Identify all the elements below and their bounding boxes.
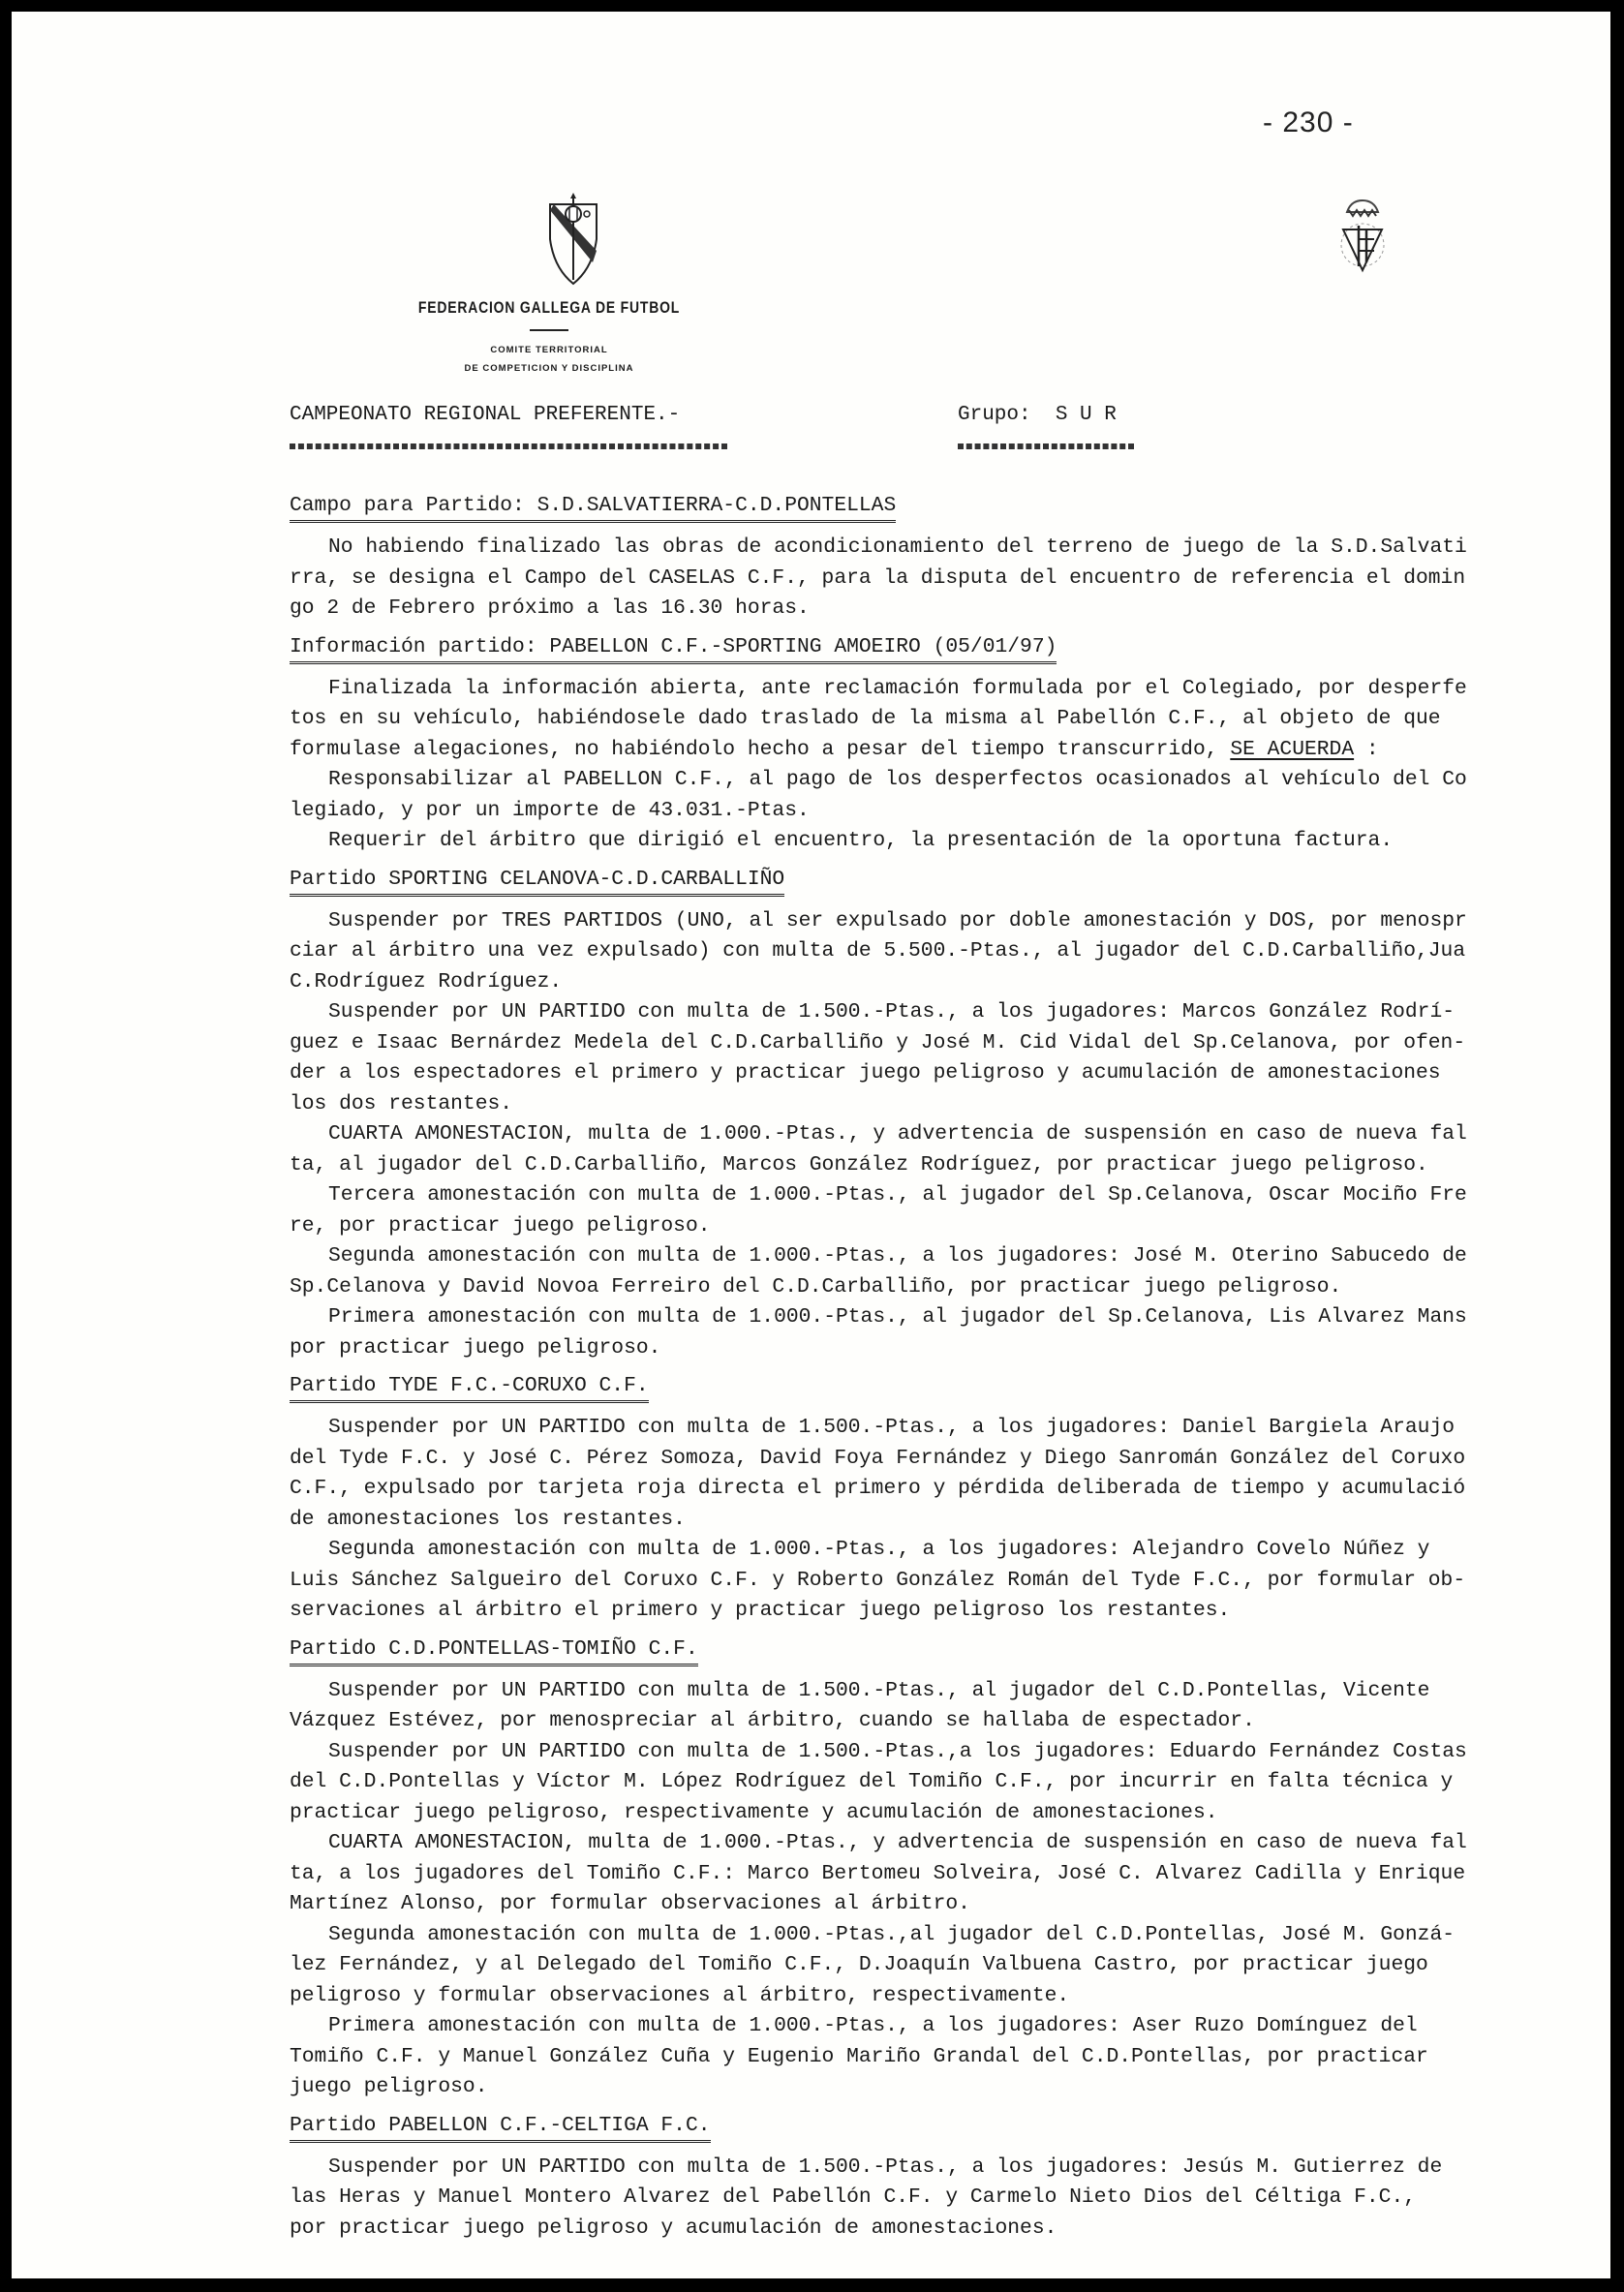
resolution-paragraph: Tercera amonestación con multa de 1.000.… (290, 1180, 1607, 1241)
text-line-content: der a los espectadores el primero y prac… (290, 1061, 1441, 1085)
group-label-text: Grupo: (958, 404, 1031, 426)
text-line-content: del Tyde F.C. y José C. Pérez Somoza, Da… (290, 1447, 1465, 1470)
text-line: Martínez Alonso, por formular observacio… (290, 1889, 1607, 1920)
section-title: Partido C.D.PONTELLAS-TOMIÑO C.F. (290, 1635, 698, 1666)
resolution-paragraph: Suspender por UN PARTIDO con multa de 1.… (290, 997, 1607, 1119)
text-line: peligroso y formular observaciones al ár… (290, 1981, 1607, 2012)
text-line: Suspender por UN PARTIDO con multa de 1.… (290, 1737, 1607, 1768)
text-line-content: las Heras y Manuel Montero Alvarez del P… (290, 2185, 1416, 2209)
resolution-paragraph: Segunda amonestación con multa de 1.000.… (290, 1535, 1607, 1627)
text-line: Suspender por UN PARTIDO con multa de 1.… (290, 997, 1607, 1028)
text-line-content: Segunda amonestación con multa de 1.000.… (328, 1923, 1455, 1946)
text-line: practicar juego peligroso, respectivamen… (290, 1798, 1607, 1829)
text-line-content: peligroso y formular observaciones al ár… (290, 1984, 1069, 2007)
resolution-paragraph: Suspender por UN PARTIDO con multa de 1.… (290, 2153, 1607, 2245)
fgf-shield-logo-icon (544, 191, 602, 288)
resolution-paragraph: Segunda amonestación con multa de 1.000.… (290, 1241, 1607, 1302)
text-line: formulase alegaciones, no habiéndolo hec… (290, 735, 1607, 766)
text-line-content: Suspender por UN PARTIDO con multa de 1.… (328, 2155, 1442, 2179)
text-line: ta, al jugador del C.D.Carballiño, Marco… (290, 1150, 1607, 1181)
text-line-content: Suspender por UN PARTIDO con multa de 1.… (328, 1000, 1455, 1024)
text-line: Responsabilizar al PABELLON C.F., al pag… (290, 765, 1607, 796)
resolution-section: Partido TYDE F.C.-CORUXO C.F.Suspender p… (290, 1363, 1607, 1627)
text-line: las Heras y Manuel Montero Alvarez del P… (290, 2183, 1607, 2214)
text-line: legiado, y por un importe de 43.031.-Pta… (290, 796, 1607, 827)
agreement-suffix: : (1354, 738, 1379, 761)
resolution-paragraph: Finalizada la información abierta, ante … (290, 674, 1607, 766)
text-line-content: practicar juego peligroso, respectivamen… (290, 1801, 1218, 1824)
text-line-content: del C.D.Pontellas y Víctor M. López Rodr… (290, 1770, 1453, 1793)
text-line-content: Suspender por UN PARTIDO con multa de 1.… (328, 1416, 1455, 1439)
text-line-content: CUARTA AMONESTACION, multa de 1.000.-Pta… (328, 1122, 1467, 1146)
resolution-paragraph: Responsabilizar al PABELLON C.F., al pag… (290, 765, 1607, 826)
resolution-paragraph: Suspender por UN PARTIDO con multa de 1.… (290, 1676, 1607, 1737)
text-line-content: Tercera amonestación con multa de 1.000.… (328, 1183, 1467, 1207)
text-line-content: Segunda amonestación con multa de 1.000.… (328, 1244, 1467, 1268)
resolution-section: Partido SPORTING CELANOVA-C.D.CARBALLIÑO… (290, 857, 1607, 1364)
text-line: go 2 de Febrero próximo a las 16.30 hora… (290, 594, 1607, 625)
text-line: Primera amonestación con multa de 1.000.… (290, 2011, 1607, 2042)
resolution-section: Partido PABELLON C.F.-CELTIGA F.C.Suspen… (290, 2103, 1607, 2245)
text-line: tos en su vehículo, habiéndosele dado tr… (290, 704, 1607, 735)
text-line: re, por practicar juego peligroso. (290, 1211, 1607, 1242)
committee-line-2: DE COMPETICION Y DISCIPLINA (389, 359, 709, 378)
page-number: - 230 - (1263, 107, 1354, 139)
text-line-content: Suspender por UN PARTIDO con multa de 1.… (328, 1679, 1429, 1702)
text-line-content: Responsabilizar al PABELLON C.F., al pag… (328, 768, 1467, 791)
text-line: Suspender por UN PARTIDO con multa de 1.… (290, 2153, 1607, 2184)
championship-double-rule (290, 443, 727, 449)
resolution-paragraph: Suspender por UN PARTIDO con multa de 1.… (290, 1413, 1607, 1535)
resolution-section: Campo para Partido: S.D.SALVATIERRA-C.D.… (290, 483, 1607, 625)
text-line: ciar al árbitro una vez expulsado) con m… (290, 936, 1607, 967)
resolutions-body: Campo para Partido: S.D.SALVATIERRA-C.D.… (290, 483, 1607, 2244)
text-line: Segunda amonestación con multa de 1.000.… (290, 1241, 1607, 1272)
text-line-content: Vázquez Estévez, por menospreciar al árb… (290, 1709, 1255, 1732)
text-line: lez Fernández, y al Delegado del Tomiño … (290, 1950, 1607, 1981)
text-line-content: go 2 de Febrero próximo a las 16.30 hora… (290, 596, 810, 620)
championship-title: CAMPEONATO REGIONAL PREFERENTE.- (290, 404, 680, 426)
text-line-content: guez e Isaac Bernárdez Medela del C.D.Ca… (290, 1031, 1465, 1054)
resolution-section: Partido C.D.PONTELLAS-TOMIÑO C.F.Suspend… (290, 1627, 1607, 2103)
text-line-content: ta, a los jugadores del Tomiño C.F.: Mar… (290, 1862, 1465, 1885)
text-line-content: Segunda amonestación con multa de 1.000.… (328, 1538, 1429, 1561)
text-line: Suspender por UN PARTIDO con multa de 1.… (290, 1413, 1607, 1444)
resolution-paragraph: Primera amonestación con multa de 1.000.… (290, 1302, 1607, 1363)
committee-line-1: COMITE TERRITORIAL (389, 341, 709, 359)
text-line: por practicar juego peligroso y acumulac… (290, 2214, 1607, 2245)
section-title: Partido TYDE F.C.-CORUXO C.F. (290, 1371, 649, 1403)
text-line: Tercera amonestación con multa de 1.000.… (290, 1180, 1607, 1211)
text-line-content: los dos restantes. (290, 1092, 512, 1115)
text-line-content: lez Fernández, y al Delegado del Tomiño … (290, 1953, 1428, 1976)
text-line: de amonestaciones los restantes. (290, 1505, 1607, 1536)
resolution-section: Información partido: PABELLON C.F.-SPORT… (290, 625, 1607, 857)
text-line: del Tyde F.C. y José C. Pérez Somoza, Da… (290, 1444, 1607, 1475)
text-line: Segunda amonestación con multa de 1.000.… (290, 1535, 1607, 1566)
resolution-paragraph: Suspender por UN PARTIDO con multa de 1.… (290, 1737, 1607, 1829)
section-title: Campo para Partido: S.D.SALVATIERRA-C.D.… (290, 491, 896, 523)
text-line: C.F., expulsado por tarjeta roja directa… (290, 1474, 1607, 1505)
group-value: S U R (1056, 404, 1117, 426)
text-line-content: Suspender por TRES PARTIDOS (UNO, al ser… (328, 909, 1467, 932)
text-line: servaciones al árbitro el primero y prac… (290, 1596, 1607, 1627)
rfef-crown-emblem-icon (1333, 191, 1392, 278)
text-line-content: legiado, y por un importe de 43.031.-Pta… (290, 799, 810, 822)
document-page: - 230 - FEDERACION GALLEGA DE FUTBOL COM… (12, 12, 1610, 2278)
resolution-paragraph: Suspender por TRES PARTIDOS (UNO, al ser… (290, 906, 1607, 998)
text-line: Suspender por TRES PARTIDOS (UNO, al ser… (290, 906, 1607, 937)
text-line-content: Requerir del árbitro que dirigió el encu… (328, 829, 1393, 852)
text-line-content: CUARTA AMONESTACION, multa de 1.000.-Pta… (328, 1831, 1467, 1854)
text-line: juego peligroso. (290, 2072, 1607, 2103)
text-line-content: Martínez Alonso, por formular observacio… (290, 1892, 970, 1915)
resolution-paragraph: Primera amonestación con multa de 1.000.… (290, 2011, 1607, 2103)
resolution-paragraph: CUARTA AMONESTACION, multa de 1.000.-Pta… (290, 1119, 1607, 1180)
text-line: los dos restantes. (290, 1089, 1607, 1120)
text-line-content: juego peligroso. (290, 2075, 487, 2098)
agreement-label: SE ACUERDA (1230, 738, 1354, 761)
resolution-paragraph: CUARTA AMONESTACION, multa de 1.000.-Pta… (290, 1828, 1607, 1920)
resolution-paragraph: Segunda amonestación con multa de 1.000.… (290, 1920, 1607, 2012)
text-line-content: C.Rodríguez Rodríguez. (290, 970, 562, 993)
text-line: CUARTA AMONESTACION, multa de 1.000.-Pta… (290, 1828, 1607, 1859)
text-line-content: Primera amonestación con multa de 1.000.… (328, 2014, 1418, 2037)
section-title: Información partido: PABELLON C.F.-SPORT… (290, 632, 1057, 664)
federation-letterhead: FEDERACION GALLEGA DE FUTBOL COMITE TERR… (389, 298, 709, 378)
text-line: Suspender por UN PARTIDO con multa de 1.… (290, 1676, 1607, 1707)
text-line-content: Suspender por UN PARTIDO con multa de 1.… (328, 1740, 1467, 1763)
text-line: Requerir del árbitro que dirigió el encu… (290, 826, 1607, 857)
text-line-content: ta, al jugador del C.D.Carballiño, Marco… (290, 1153, 1428, 1177)
text-line-content: de amonestaciones los restantes. (290, 1508, 686, 1531)
text-line: Sp.Celanova y David Novoa Ferreiro del C… (290, 1272, 1607, 1303)
text-line: del C.D.Pontellas y Víctor M. López Rodr… (290, 1767, 1607, 1798)
text-line-content: formulase alegaciones, no habiéndolo hec… (290, 738, 1218, 761)
text-line-content: C.F., expulsado por tarjeta roja directa… (290, 1477, 1465, 1500)
text-line: Segunda amonestación con multa de 1.000.… (290, 1920, 1607, 1951)
text-line-content: Sp.Celanova y David Novoa Ferreiro del C… (290, 1275, 1341, 1299)
text-line-content: Finalizada la información abierta, ante … (328, 677, 1467, 700)
federation-name: FEDERACION GALLEGA DE FUTBOL (418, 298, 681, 318)
resolution-paragraph: Requerir del árbitro que dirigió el encu… (290, 826, 1607, 857)
text-line-content: Luis Sánchez Salgueiro del Coruxo C.F. y… (290, 1569, 1465, 1592)
text-line: ta, a los jugadores del Tomiño C.F.: Mar… (290, 1859, 1607, 1890)
text-line-content: por practicar juego peligroso. (290, 1336, 660, 1360)
text-line: Tomiño C.F. y Manuel González Cuña y Eug… (290, 2042, 1607, 2073)
group-label: Grupo: S U R (958, 404, 1117, 426)
section-title: Partido PABELLON C.F.-CELTIGA F.C. (290, 2111, 711, 2143)
text-line-content: servaciones al árbitro el primero y prac… (290, 1599, 1230, 1622)
text-line: Luis Sánchez Salgueiro del Coruxo C.F. y… (290, 1566, 1607, 1597)
text-line-content: rra, se designa el Campo del CASELAS C.F… (290, 566, 1465, 590)
text-line: por practicar juego peligroso. (290, 1333, 1607, 1364)
text-line: C.Rodríguez Rodríguez. (290, 967, 1607, 998)
text-line-content: No habiendo finalizado las obras de acon… (328, 535, 1467, 559)
text-line: CUARTA AMONESTACION, multa de 1.000.-Pta… (290, 1119, 1607, 1150)
text-line-content: por practicar juego peligroso y acumulac… (290, 2216, 1057, 2240)
text-line-content: tos en su vehículo, habiéndosele dado tr… (290, 707, 1441, 730)
letterhead-divider (530, 329, 568, 331)
text-line-content: Tomiño C.F. y Manuel González Cuña y Eug… (290, 2045, 1428, 2068)
text-line: Finalizada la información abierta, ante … (290, 674, 1607, 705)
group-double-rule (958, 443, 1134, 449)
resolution-paragraph: No habiendo finalizado las obras de acon… (290, 533, 1607, 625)
section-title: Partido SPORTING CELANOVA-C.D.CARBALLIÑO (290, 865, 784, 897)
text-line: guez e Isaac Bernárdez Medela del C.D.Ca… (290, 1028, 1607, 1059)
text-line: Vázquez Estévez, por menospreciar al árb… (290, 1706, 1607, 1737)
text-line: der a los espectadores el primero y prac… (290, 1058, 1607, 1089)
text-line-content: re, por practicar juego peligroso. (290, 1214, 711, 1238)
text-line-content: ciar al árbitro una vez expulsado) con m… (290, 939, 1465, 963)
text-line: rra, se designa el Campo del CASELAS C.F… (290, 564, 1607, 595)
text-line: No habiendo finalizado las obras de acon… (290, 533, 1607, 564)
text-line: Primera amonestación con multa de 1.000.… (290, 1302, 1607, 1333)
text-line-content: Primera amonestación con multa de 1.000.… (328, 1305, 1467, 1329)
